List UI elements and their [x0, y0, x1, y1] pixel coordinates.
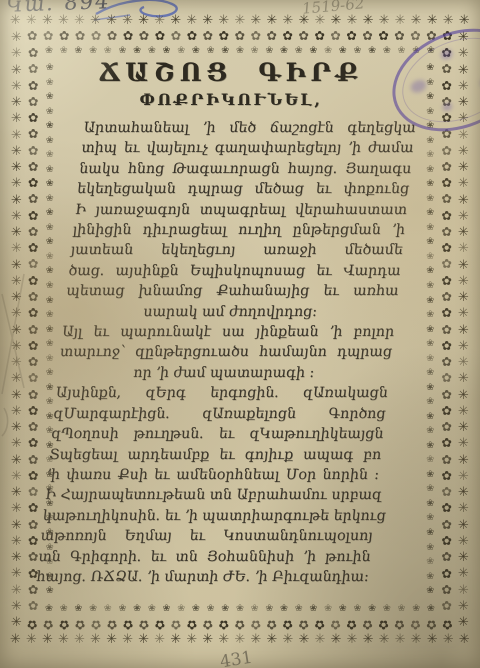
rosette-icon: ✳	[11, 194, 22, 207]
small-rosette-icon: ❀	[46, 165, 54, 175]
small-rosette-icon: ❀	[426, 441, 434, 451]
rosette-icon: ✳	[154, 14, 165, 27]
fleuron-bud-icon: ✿	[123, 30, 133, 43]
rosette-icon: ✳	[363, 14, 374, 27]
fleuron-bud-icon: ✿	[235, 30, 245, 43]
fleuron-bud-icon: ✿	[442, 389, 452, 402]
small-rosette-icon: ❀	[177, 46, 185, 56]
small-rosette-icon: ❀	[426, 223, 434, 233]
fleuron-bud-icon: ✿	[28, 340, 38, 353]
small-rosette-icon: ❀	[426, 368, 434, 378]
rosette-icon: ✳	[458, 226, 469, 239]
fleuron-bud-icon: ✿	[43, 618, 53, 631]
rosette-icon: ✳	[458, 502, 469, 515]
fleuron-bud-icon: ✿	[28, 535, 38, 548]
fleuron-bud-icon: ✿	[28, 486, 38, 499]
small-rosette-icon: ❀	[426, 528, 434, 538]
rosette-icon: ✳	[11, 340, 22, 353]
fleuron-bud-icon: ✿	[28, 258, 38, 271]
small-rosette-icon: ❀	[221, 46, 229, 56]
small-rosette-icon: ❀	[46, 354, 54, 364]
fleuron-bud-icon: ✿	[91, 618, 101, 631]
rosette-icon: ✳	[138, 14, 149, 27]
small-rosette-icon: ❀	[426, 325, 434, 335]
rosette-icon: ✳	[11, 129, 22, 142]
fleuron-bud-icon: ✿	[28, 307, 38, 320]
rosette-icon: ✳	[74, 633, 85, 646]
rosette-icon: ✳	[218, 633, 229, 646]
fleuron-bud-icon: ✿	[28, 324, 38, 337]
small-rosette-icon: ❀	[118, 604, 126, 614]
rosette-icon: ✳	[170, 633, 181, 646]
small-rosette-icon: ❀	[46, 208, 54, 218]
fleuron-bud-icon: ✿	[283, 30, 293, 43]
text-line: Այլ եւ պարունակէ սա յինքեան ՚ի բոլոր	[61, 322, 395, 342]
fleuron-bud-icon: ✿	[442, 193, 452, 206]
rosette-icon: ✳	[347, 14, 358, 27]
rosette-icon: ✳	[11, 519, 22, 532]
fleuron-bud-icon: ✿	[378, 30, 388, 43]
fleuron-bud-icon: ✿	[442, 291, 452, 304]
small-rosette-icon: ❀	[353, 46, 361, 56]
rosette-icon: ✳	[11, 47, 22, 60]
rosette-icon: ✳	[11, 177, 22, 190]
rosette-icon: ✳	[458, 372, 469, 385]
rosette-icon: ✳	[11, 64, 22, 77]
small-rosette-icon: ❀	[133, 46, 141, 56]
rosette-icon: ✳	[11, 600, 22, 613]
fleuron-bud-icon: ✿	[346, 618, 356, 631]
text-line: որ ՚ի ժամ պատարագի ։	[57, 363, 391, 383]
fleuron-bud-icon: ✿	[442, 226, 452, 239]
small-rosette-icon: ❀	[46, 296, 54, 306]
small-rosette-icon: ❀	[46, 586, 54, 596]
small-rosette-icon: ❀	[251, 604, 259, 614]
small-rosette-icon: ❀	[324, 46, 332, 56]
small-rosette-icon: ❀	[74, 46, 82, 56]
fleuron-bud-icon: ✿	[251, 618, 261, 631]
small-rosette-icon: ❀	[265, 604, 273, 614]
rosette-icon: ✳	[283, 14, 294, 27]
text-line: ՚ի փառս Քսի եւ ամենօրհնեալ Մօր նորին ։	[46, 465, 380, 485]
text-line: զՊօղոսի թուղթսն. եւ զԿաթուղիկեայցն	[50, 424, 384, 444]
fleuron-bud-icon: ✿	[442, 161, 452, 174]
fleuron-bud-icon: ✿	[139, 30, 149, 43]
fleuron-bud-icon: ✿	[123, 618, 133, 631]
rosette-icon: ✳	[154, 633, 165, 646]
fleuron-bud-icon: ✿	[28, 161, 38, 174]
small-rosette-icon: ❀	[368, 46, 376, 56]
rosette-icon: ✳	[11, 486, 22, 499]
rosette-icon: ✳	[458, 421, 469, 434]
small-rosette-icon: ❀	[46, 397, 54, 407]
fleuron-bud-icon: ✿	[330, 618, 340, 631]
fleuron-bud-icon: ✿	[442, 324, 452, 337]
small-rosette-icon: ❀	[74, 604, 82, 614]
text-line: Տպեցեալ արդեամբք եւ գոյիւք ապագ բո	[48, 445, 382, 465]
small-rosette-icon: ❀	[426, 426, 434, 436]
small-rosette-icon: ❀	[426, 136, 434, 146]
book-title-line2: ՓՈՔՐԻԿՈՒՆԵԼ,	[60, 90, 402, 109]
rosette-icon: ✳	[26, 14, 37, 27]
rosette-icon: ✳	[458, 324, 469, 337]
rosette-icon: ✳	[11, 372, 22, 385]
fleuron-bud-icon: ✿	[251, 30, 261, 43]
rosette-icon: ✳	[395, 14, 406, 27]
small-rosette-icon: ❀	[46, 121, 54, 131]
fleuron-bud-icon: ✿	[28, 551, 38, 564]
small-rosette-icon: ❀	[426, 513, 434, 523]
rosette-icon: ✳	[379, 633, 390, 646]
fleuron-bud-icon: ✿	[442, 568, 452, 581]
rosette-icon: ✳	[11, 226, 22, 239]
small-rosette-icon: ❀	[426, 586, 434, 596]
rosette-icon: ✳	[458, 470, 469, 483]
rosette-icon: ✳	[458, 242, 469, 255]
fleuron-bud-icon: ✿	[28, 242, 38, 255]
rosette-icon: ✳	[11, 324, 22, 337]
rosette-icon: ✳	[458, 519, 469, 532]
small-rosette-icon: ❀	[426, 572, 434, 582]
rosette-icon: ✳	[411, 14, 422, 27]
text-line: հայոց. ՌՃՁԱ. ՚ի մարտի ԺԵ. ՚ի Բիւզանդիա։	[35, 567, 369, 587]
fleuron-bud-icon: ✿	[28, 454, 38, 467]
fleuron-bud-icon: ✿	[314, 618, 324, 631]
text-line: լինիցին դիւրացեալ ուղիղ ընթերցման ՚ի	[72, 220, 406, 240]
rosette-icon: ✳	[458, 437, 469, 450]
rosette-icon: ✳	[234, 14, 245, 27]
rosette-icon: ✳	[458, 535, 469, 548]
text-line: ծաց. այսինքն Եպիսկոպոսաց եւ Վարդա	[68, 261, 402, 281]
rosette-icon: ✳	[11, 502, 22, 515]
fleuron-bud-icon: ✿	[442, 600, 452, 613]
rosette-icon: ✳	[11, 80, 22, 93]
rosette-icon: ✳	[411, 633, 422, 646]
text-line: Ի Հայրապետութեան տն Աբրահամու սրբազ	[44, 485, 378, 505]
rosette-icon: ✳	[11, 421, 22, 434]
rosette-icon: ✳	[427, 633, 438, 646]
text-line: կաթուղիկոսին. եւ ՚ի պատրիարգութե երկուց	[42, 506, 376, 526]
title-page-text: Արտահանեալ ՚ի մեծ ճաշոցէն գեղեցկատիպ եւ …	[35, 118, 416, 587]
fleuron-bud-icon: ✿	[91, 30, 101, 43]
fleuron-bud-icon: ✿	[75, 618, 85, 631]
rosette-icon: ✳	[458, 340, 469, 353]
small-rosette-icon: ❀	[426, 543, 434, 553]
fleuron-bud-icon: ✿	[442, 502, 452, 515]
rosette-icon: ✳	[26, 633, 37, 646]
small-rosette-icon: ❀	[280, 46, 288, 56]
rosette-icon: ✳	[250, 633, 261, 646]
small-rosette-icon: ❀	[426, 455, 434, 465]
book-title-line1: ՃԱՇՈՑ ԳԻՐՔ	[60, 58, 402, 87]
small-rosette-icon: ❀	[46, 339, 54, 349]
rosette-icon: ✳	[458, 356, 469, 369]
fleuron-bud-icon: ✿	[442, 177, 452, 190]
fleuron-bud-icon: ✿	[27, 30, 37, 43]
rosette-icon: ✳	[106, 14, 117, 27]
small-rosette-icon: ❀	[46, 150, 54, 160]
rosette-icon: ✳	[11, 584, 22, 597]
rosette-icon: ✳	[11, 259, 22, 272]
fleuron-bud-icon: ✿	[28, 405, 38, 418]
small-rosette-icon: ❀	[46, 310, 54, 320]
fleuron-bud-icon: ✿	[442, 356, 452, 369]
small-rosette-icon: ❀	[426, 557, 434, 567]
small-rosette-icon: ❀	[353, 604, 361, 614]
rosette-icon: ✳	[315, 633, 326, 646]
fleuron-bud-icon: ✿	[410, 30, 420, 43]
fleuron-bud-icon: ✿	[171, 30, 181, 43]
small-rosette-icon: ❀	[46, 136, 54, 146]
rosette-icon: ✳	[458, 600, 469, 613]
small-rosette-icon: ❀	[426, 310, 434, 320]
rosette-icon: ✳	[122, 14, 133, 27]
small-rosette-icon: ❀	[46, 325, 54, 335]
small-rosette-icon: ❀	[412, 604, 420, 614]
fleuron-bud-icon: ✿	[442, 275, 452, 288]
rosette-icon: ✳	[202, 633, 213, 646]
rosette-icon: ✳	[11, 145, 22, 158]
fleuron-bud-icon: ✿	[107, 30, 117, 43]
small-rosette-icon: ❀	[426, 165, 434, 175]
small-rosette-icon: ❀	[177, 604, 185, 614]
text-line: աթոռոյն Եղմայ եւ Կոստանդնուպօլսոյ	[40, 526, 374, 546]
fleuron-bud-icon: ✿	[235, 618, 245, 631]
fleuron-bud-icon: ✿	[59, 30, 69, 43]
small-rosette-icon: ❀	[309, 604, 317, 614]
fleuron-bud-icon: ✿	[394, 30, 404, 43]
rosette-icon: ✳	[267, 633, 278, 646]
fleuron-bud-icon: ✿	[28, 112, 38, 125]
rosette-icon: ✳	[122, 633, 133, 646]
small-rosette-icon: ❀	[60, 604, 68, 614]
small-rosette-icon: ❀	[426, 296, 434, 306]
small-rosette-icon: ❀	[46, 179, 54, 189]
rosette-icon: ✳	[458, 551, 469, 564]
small-rosette-icon: ❀	[368, 604, 376, 614]
small-rosette-icon: ❀	[265, 46, 273, 56]
fleuron-bud-icon: ✿	[442, 470, 452, 483]
text-line: Այսինքն, զԵրգ երգոցին. զԱռակացն	[55, 383, 389, 403]
fleuron-bud-icon: ✿	[442, 618, 452, 631]
small-rosette-icon: ❀	[427, 604, 435, 614]
rosette-icon: ✳	[443, 633, 454, 646]
rosette-icon: ✳	[74, 14, 85, 27]
fleuron-bud-icon: ✿	[394, 618, 404, 631]
small-rosette-icon: ❀	[192, 46, 200, 56]
small-rosette-icon: ❀	[89, 46, 97, 56]
small-rosette-icon: ❀	[46, 194, 54, 204]
small-rosette-icon: ❀	[426, 383, 434, 393]
rosette-icon: ✳	[443, 14, 454, 27]
fleuron-bud-icon: ✿	[28, 519, 38, 532]
rosette-icon: ✳	[458, 454, 469, 467]
rosette-icon: ✳	[363, 633, 374, 646]
fleuron-bud-icon: ✿	[28, 470, 38, 483]
rosette-icon: ✳	[299, 633, 310, 646]
fleuron-bud-icon: ✿	[219, 30, 229, 43]
small-rosette-icon: ❀	[398, 46, 406, 56]
small-rosette-icon: ❀	[104, 46, 112, 56]
small-rosette-icon: ❀	[46, 78, 54, 88]
fleuron-bud-icon: ✿	[43, 30, 53, 43]
fleuron-bud-icon: ✿	[346, 30, 356, 43]
rosette-icon: ✳	[10, 633, 21, 646]
small-rosette-icon: ❀	[221, 604, 229, 614]
fleuron-bud-icon: ✿	[155, 30, 165, 43]
rosette-icon: ✳	[331, 14, 342, 27]
fleuron-bud-icon: ✿	[28, 356, 38, 369]
small-rosette-icon: ❀	[46, 223, 54, 233]
rosette-icon: ✳	[90, 633, 101, 646]
fleuron-bud-icon: ✿	[426, 618, 436, 631]
rosette-icon: ✳	[299, 14, 310, 27]
rosette-icon: ✳	[459, 633, 470, 646]
fleuron-bud-icon: ✿	[442, 405, 452, 418]
fleuron-bud-icon: ✿	[28, 389, 38, 402]
rosette-icon: ✳	[170, 14, 181, 27]
fleuron-bud-icon: ✿	[28, 291, 38, 304]
rosette-icon: ✳	[11, 535, 22, 548]
fleuron-bud-icon: ✿	[187, 30, 197, 43]
rosette-icon: ✳	[458, 567, 469, 580]
small-rosette-icon: ❀	[339, 46, 347, 56]
small-rosette-icon: ❀	[251, 46, 259, 56]
text-line: զՄարգարէիցն. զԱռաքելոցն Գործոց	[52, 404, 386, 424]
small-rosette-icon: ❀	[46, 281, 54, 291]
rosette-icon: ✳	[267, 14, 278, 27]
rosette-icon: ✳	[458, 145, 469, 158]
fleuron-bud-icon: ✿	[442, 145, 452, 158]
rosette-icon: ✳	[10, 14, 21, 27]
fleuron-bud-icon: ✿	[442, 437, 452, 450]
small-rosette-icon: ❀	[426, 266, 434, 276]
fleuron-bud-icon: ✿	[362, 30, 372, 43]
fleuron-bud-icon: ✿	[28, 226, 38, 239]
rosette-icon: ✳	[427, 14, 438, 27]
small-rosette-icon: ❀	[295, 46, 303, 56]
small-rosette-icon: ❀	[236, 604, 244, 614]
fleuron-bud-icon: ✿	[267, 30, 277, 43]
scanned-book-title-page: Կա. 894 1519-62 ✳✳✳✳✳✳✳✳✳✳✳✳✳✳✳✳✳✳✳✳✳✳✳✳…	[0, 0, 480, 668]
fleuron-bud-icon: ✿	[155, 618, 165, 631]
fleuron-bud-icon: ✿	[298, 30, 308, 43]
small-rosette-icon: ❀	[148, 46, 156, 56]
small-rosette-icon: ❀	[295, 604, 303, 614]
fleuron-bud-icon: ✿	[28, 502, 38, 515]
rosette-icon: ✳	[458, 307, 469, 320]
small-rosette-icon: ❀	[236, 46, 244, 56]
small-rosette-icon: ❀	[426, 208, 434, 218]
text-line: տարւոջ՝ զընթերցուածս համայնո դպրաց	[59, 342, 393, 362]
small-rosette-icon: ❀	[398, 604, 406, 614]
small-rosette-icon: ❀	[60, 46, 68, 56]
fleuron-bud-icon: ✿	[314, 30, 324, 43]
rosette-icon: ✳	[11, 437, 22, 450]
rosette-icon: ✳	[11, 454, 22, 467]
small-rosette-icon: ❀	[339, 604, 347, 614]
fleuron-bud-icon: ✿	[28, 47, 38, 60]
small-rosette-icon: ❀	[324, 604, 332, 614]
rosette-icon: ✳	[458, 291, 469, 304]
rosette-icon: ✳	[11, 112, 22, 125]
small-rosette-icon: ❀	[133, 604, 141, 614]
fleuron-bud-icon: ✿	[28, 193, 38, 206]
rosette-icon: ✳	[458, 210, 469, 223]
fleuron-bud-icon: ✿	[75, 30, 85, 43]
fleuron-bud-icon: ✿	[330, 30, 340, 43]
rosette-icon: ✳	[315, 14, 326, 27]
fleuron-bud-icon: ✿	[28, 275, 38, 288]
rosette-icon: ✳	[11, 210, 22, 223]
rosette-icon: ✳	[138, 633, 149, 646]
rosette-icon: ✳	[202, 14, 213, 27]
rosette-icon: ✳	[11, 291, 22, 304]
fleuron-bud-icon: ✿	[442, 242, 452, 255]
rosette-icon: ✳	[106, 633, 117, 646]
rosette-icon: ✳	[11, 551, 22, 564]
rosette-icon: ✳	[283, 633, 294, 646]
rosette-icon: ✳	[42, 14, 53, 27]
fleuron-bud-icon: ✿	[298, 618, 308, 631]
small-rosette-icon: ❀	[426, 339, 434, 349]
fleuron-bud-icon: ✿	[442, 210, 452, 223]
fleuron-bud-icon: ✿	[28, 600, 38, 613]
rosette-icon: ✳	[458, 259, 469, 272]
rosette-icon: ✳	[186, 633, 197, 646]
fleuron-bud-icon: ✿	[442, 535, 452, 548]
rosette-icon: ✳	[11, 567, 22, 580]
fleuron-bud-icon: ✿	[28, 210, 38, 223]
text-line: սարակ ամ ժողովրդոց։	[63, 302, 397, 322]
small-rosette-icon: ❀	[426, 412, 434, 422]
small-rosette-icon: ❀	[163, 46, 171, 56]
rosette-icon: ✳	[11, 31, 22, 44]
fleuron-bud-icon: ✿	[442, 519, 452, 532]
fleuron-bud-icon: ✿	[28, 80, 38, 93]
fleuron-bud-icon: ✿	[378, 618, 388, 631]
fleuron-bud-icon: ✿	[442, 551, 452, 564]
fleuron-bud-icon: ✿	[28, 96, 38, 109]
small-rosette-icon: ❀	[426, 499, 434, 509]
rosette-icon: ✳	[458, 129, 469, 142]
fleuron-bud-icon: ✿	[203, 30, 213, 43]
small-rosette-icon: ❀	[426, 470, 434, 480]
small-rosette-icon: ❀	[426, 237, 434, 247]
small-rosette-icon: ❀	[89, 604, 97, 614]
small-rosette-icon: ❀	[426, 252, 434, 262]
rosette-icon: ✳	[42, 633, 53, 646]
small-rosette-icon: ❀	[46, 107, 54, 117]
small-rosette-icon: ❀	[46, 383, 54, 393]
fleuron-bud-icon: ✿	[267, 618, 277, 631]
text-line: տն Գրիգորի. եւ տն Յօհաննիսի ՚ի թուին	[37, 547, 371, 567]
fleuron-bud-icon: ✿	[28, 372, 38, 385]
rosette-icon: ✳	[458, 194, 469, 207]
small-rosette-icon: ❀	[104, 604, 112, 614]
fleuron-bud-icon: ✿	[410, 618, 420, 631]
text-line: նակս հնոց Թագաւորացն հայոց. Յաղագս	[78, 159, 412, 179]
fleuron-bud-icon: ✿	[28, 128, 38, 141]
fleuron-bud-icon: ✿	[139, 618, 149, 631]
small-rosette-icon: ❀	[192, 604, 200, 614]
fleuron-bud-icon: ✿	[442, 454, 452, 467]
rosette-icon: ✳	[11, 405, 22, 418]
small-rosette-icon: ❀	[207, 46, 215, 56]
small-rosette-icon: ❀	[46, 266, 54, 276]
small-rosette-icon: ❀	[426, 194, 434, 204]
small-rosette-icon: ❀	[46, 237, 54, 247]
